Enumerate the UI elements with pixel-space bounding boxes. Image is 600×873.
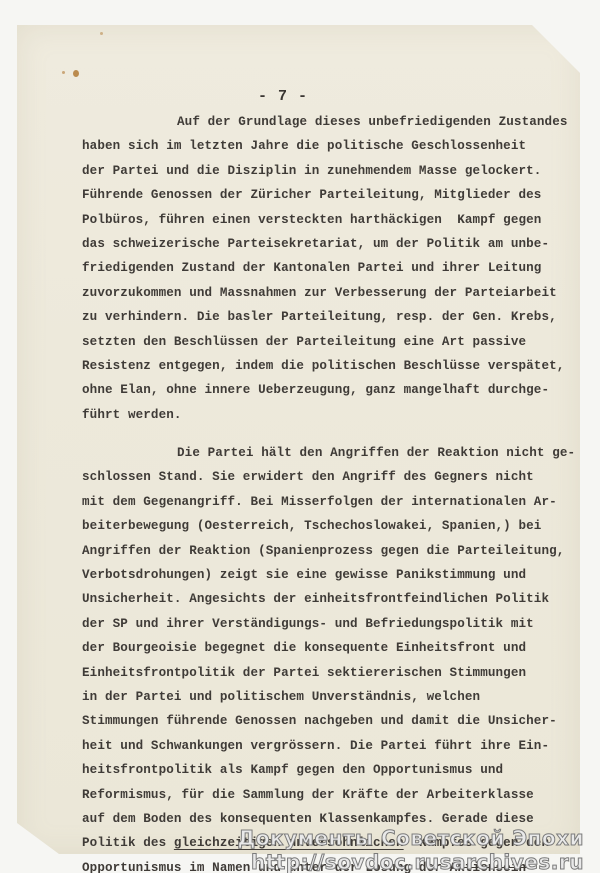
- text-line: Unsicherheit. Angesichts der einheitsfro…: [82, 587, 582, 611]
- text-line: heit und Schwankungen vergrössern. Die P…: [82, 734, 582, 758]
- paper-stain: [73, 70, 79, 77]
- text-line: der Bourgeoisie begegnet die konsequente…: [82, 636, 582, 660]
- text-line: Führende Genossen der Züricher Parteilei…: [82, 183, 582, 207]
- watermark-url: http://sovdoc.rusarchives.ru: [251, 850, 584, 873]
- text-line: Die Partei hält den Angriffen der Reakti…: [82, 441, 582, 465]
- text-line: Verbotsdrohungen) zeigt sie eine gewisse…: [82, 563, 582, 587]
- page-number: - 7 -: [258, 88, 308, 105]
- text-line: führt werden.: [82, 403, 582, 427]
- text-line: in der Partei und politischem Unverständ…: [82, 685, 582, 709]
- document-body: Auf der Grundlage dieses unbefriedigende…: [82, 110, 582, 873]
- paragraph-2: Die Partei hält den Angriffen der Reakti…: [82, 441, 582, 831]
- text-line: friedigenden Zustand der Kantonalen Part…: [82, 256, 582, 280]
- text-line: ohne Elan, ohne innere Ueberzeugung, gan…: [82, 378, 582, 402]
- text-line: Resistenz entgegen, indem die politische…: [82, 354, 582, 378]
- text-line: schlossen Stand. Sie erwidert den Angrif…: [82, 465, 582, 489]
- text-line: Einheitsfrontpolitik der Partei sektiere…: [82, 661, 582, 685]
- text-line: zuvorzukommen und Massnahmen zur Verbess…: [82, 281, 582, 305]
- text-line: mit dem Gegenangriff. Bei Misserfolgen d…: [82, 490, 582, 514]
- text-line: der Partei und die Disziplin in zunehmen…: [82, 159, 582, 183]
- text-line: Stimmungen führende Genossen nachgeben u…: [82, 709, 582, 733]
- text-line: Auf der Grundlage dieses unbefriedigende…: [82, 110, 582, 134]
- text-line: Angriffen der Reaktion (Spanienprozess g…: [82, 539, 582, 563]
- text-line: Reformismus, für die Sammlung der Kräfte…: [82, 783, 582, 807]
- text-line: heitsfrontpolitik als Kampf gegen den Op…: [82, 758, 582, 782]
- text-line: Polbüros, führen einen versteckten harth…: [82, 208, 582, 232]
- watermark-title: Документы Советской Эпохи: [237, 826, 584, 850]
- paragraph-1: Auf der Grundlage dieses unbefriedigende…: [82, 110, 582, 427]
- text-line: zu verhindern. Die basler Parteileitung,…: [82, 305, 582, 329]
- text-line: der SP und ihrer Verständigungs- und Bef…: [82, 612, 582, 636]
- text-line: beiterbewegung (Oesterreich, Tschechoslo…: [82, 514, 582, 538]
- text-line: setzten den Beschlüssen der Parteileitun…: [82, 330, 582, 354]
- text-line: das schweizerische Parteisekretariat, um…: [82, 232, 582, 256]
- text-line: haben sich im letzten Jahre die politisc…: [82, 134, 582, 158]
- paper-stain: [100, 32, 103, 35]
- text-span: Politik des: [82, 836, 174, 850]
- paper-stain: [62, 71, 65, 74]
